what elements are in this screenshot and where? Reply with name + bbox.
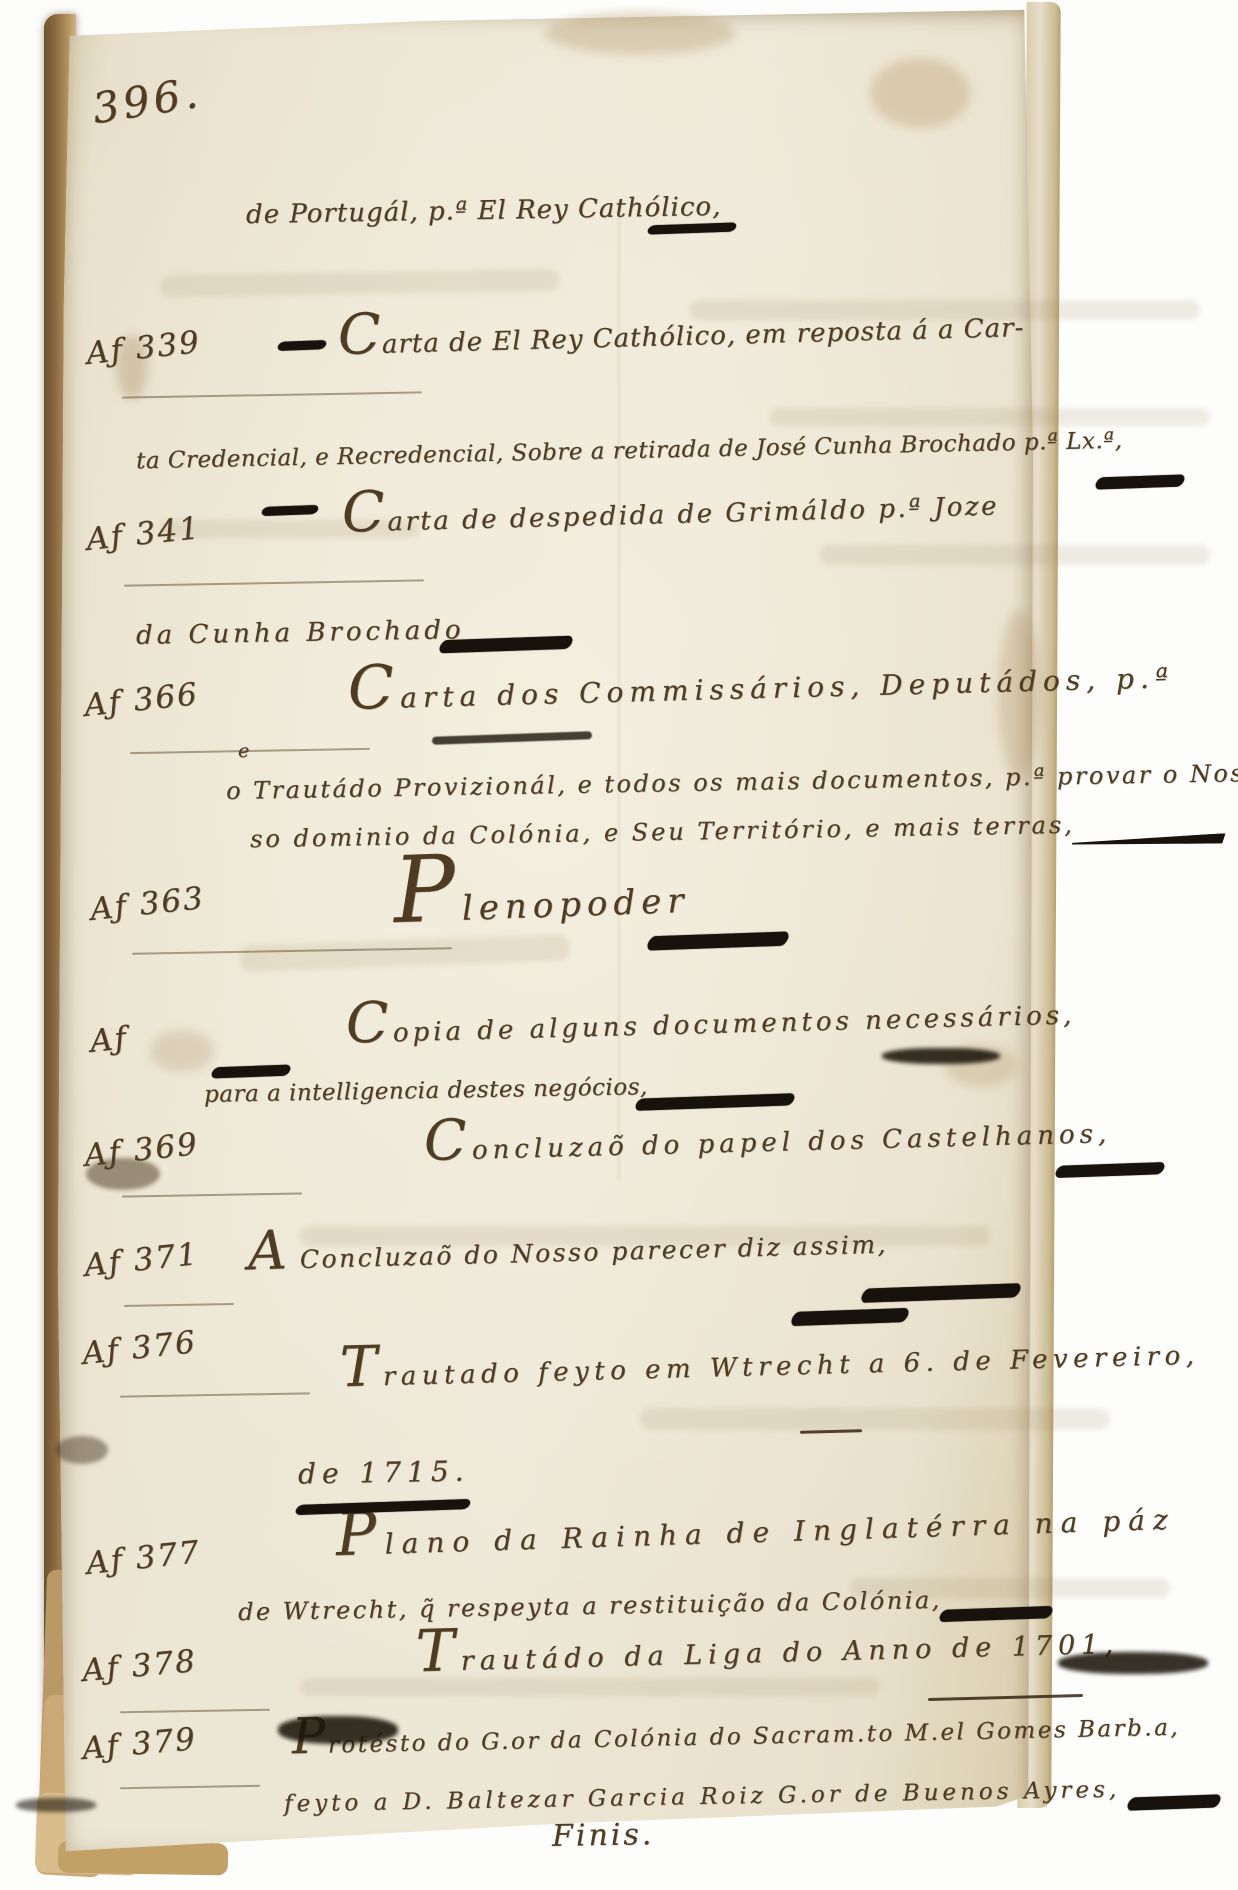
show-through <box>770 408 1210 426</box>
folio-label: Aƒ <box>88 1020 129 1060</box>
stain <box>56 1436 108 1464</box>
ink-dash <box>1070 833 1225 848</box>
ink-dash <box>1054 1162 1166 1178</box>
ink-dash <box>277 340 328 351</box>
insertion-letter: e <box>238 740 249 762</box>
ink-smudge <box>16 1798 96 1812</box>
finis-label: Finis. <box>552 1817 655 1854</box>
ink-dash <box>1094 474 1186 489</box>
stain <box>150 1030 214 1072</box>
show-through <box>820 545 1210 565</box>
ink-smudge <box>1058 1652 1208 1674</box>
ink-smudge <box>278 1716 398 1744</box>
show-through <box>300 1678 880 1696</box>
entry-line: de 1715. <box>298 1455 470 1491</box>
stain <box>870 58 970 128</box>
manuscript-photo: 396. de Portugál, p.ª El Rey Cathólico, … <box>0 0 1238 1890</box>
entry-line: da Cunha Brochado <box>136 615 465 651</box>
stain <box>545 12 735 54</box>
ink-smudge <box>882 1048 1000 1064</box>
show-through <box>640 1408 1110 1430</box>
ink-dash <box>1126 1794 1222 1810</box>
